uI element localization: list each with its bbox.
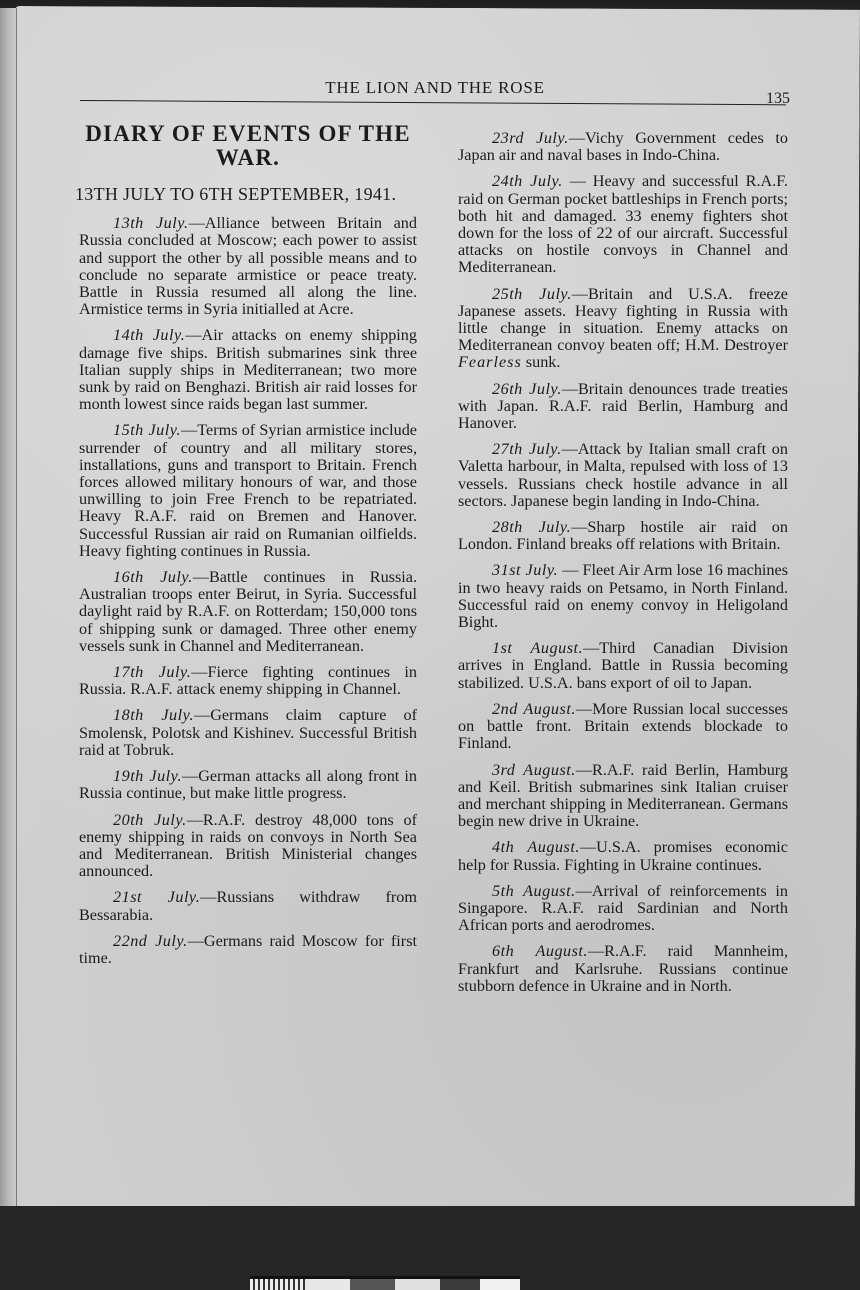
entry-date: 27th July.: [492, 440, 562, 458]
entry-date: 4th August.: [492, 838, 580, 856]
calibration-patch: [395, 1279, 440, 1290]
diary-entry: 13th July.—Alliance between Britain and …: [79, 215, 417, 318]
diary-entry: 14th July.—Air attacks on enemy shipping…: [79, 327, 417, 413]
entry-date: 21st July.: [113, 888, 200, 906]
ruler-segment: [250, 1279, 305, 1290]
entry-date: 26th July.: [492, 380, 562, 398]
running-head: THE LION AND THE ROSE 135: [80, 74, 790, 114]
diary-entry: 21st July.—Russians withdraw from Bessar…: [79, 889, 417, 923]
entry-text: —Terms of Syrian armistice include surre…: [79, 421, 417, 559]
diary-entry: 2nd August.—More Russian local successes…: [458, 701, 788, 753]
entry-date: 22nd July.: [113, 932, 188, 950]
entry-date: 3rd August.: [492, 761, 576, 779]
entry-text-tail: sunk.: [522, 353, 561, 371]
article-title: DIARY OF EVENTS OF THE WAR.: [79, 122, 417, 170]
entry-date: 6th August.: [492, 942, 588, 960]
entry-date: 15th July.: [113, 421, 181, 439]
entry-date: 20th July.: [113, 811, 187, 829]
diary-entry: 31st July. — Fleet Air Arm lose 16 machi…: [458, 562, 788, 631]
diary-entry: 4th August.—U.S.A. promises economic hel…: [458, 839, 788, 873]
entry-date: 13th July.: [113, 214, 189, 232]
diary-entry: 5th August.—Arrival of reinforcements in…: [458, 883, 788, 935]
running-title: THE LION AND THE ROSE: [80, 78, 790, 98]
diary-entry: 6th August.—R.A.F. raid Mannheim, Frankf…: [458, 943, 788, 995]
page-stack-edge: [0, 8, 17, 1206]
entry-date: 2nd August.: [492, 700, 576, 718]
entry-date: 16th July.: [113, 568, 193, 586]
diary-entry: 19th July.—German attacks all along fron…: [79, 768, 417, 802]
calibration-patch: [480, 1279, 520, 1290]
diary-entry: 17th July.—Fierce fighting continues in …: [79, 664, 417, 698]
entry-date: 28th July.: [492, 518, 571, 536]
left-column: DIARY OF EVENTS OF THE WAR. 13TH JULY TO…: [79, 118, 417, 976]
diary-entry: 15th July.—Terms of Syrian armistice inc…: [79, 422, 417, 560]
entry-date: 25th July.: [492, 285, 572, 303]
entry-date: 17th July.: [113, 663, 191, 681]
diary-entry: 25th July.—Britain and U.S.A. freeze Jap…: [458, 286, 788, 372]
header-rule: [80, 100, 786, 105]
diary-entry: 1st August.—Third Canadian Division arri…: [458, 640, 788, 692]
calibration-patch: [440, 1279, 480, 1290]
diary-entry: 24th July. — Heavy and successful R.A.F.…: [458, 173, 788, 276]
right-entries: 23rd July.—Vichy Government cedes to Jap…: [458, 130, 788, 995]
left-entries: 13th July.—Alliance between Britain and …: [79, 215, 417, 967]
diary-entry: 18th July.—Germans claim capture of Smol…: [79, 707, 417, 759]
diary-entry: 26th July.—Britain denounces trade treat…: [458, 381, 788, 433]
diary-entry: 16th July.—Battle continues in Russia. A…: [79, 569, 417, 655]
diary-entry: 3rd August.—R.A.F. raid Berlin, Hamburg …: [458, 762, 788, 831]
diary-entry: 23rd July.—Vichy Government cedes to Jap…: [458, 130, 788, 164]
entry-date: 23rd July.: [492, 129, 569, 147]
entry-date: 5th August.: [492, 882, 576, 900]
entry-date: 14th July.: [113, 326, 185, 344]
calibration-patch: [350, 1279, 395, 1290]
ship-name: Fearless: [458, 353, 522, 371]
diary-entry: 28th July.—Sharp hostile air raid on Lon…: [458, 519, 788, 553]
date-range: 13TH JULY TO 6TH SEPTEMBER, 1941.: [75, 186, 417, 203]
right-column: 23rd July.—Vichy Government cedes to Jap…: [458, 130, 788, 1004]
scan-calibration-bar: [250, 1276, 520, 1290]
diary-entry: 27th July.—Attack by Italian small craft…: [458, 441, 788, 510]
entry-date: 1st August.: [492, 639, 583, 657]
entry-date: 18th July.: [113, 706, 194, 724]
calibration-patch: [305, 1279, 350, 1290]
page-number: 135: [766, 90, 790, 108]
entry-date: 24th July.: [492, 172, 563, 190]
diary-entry: 22nd July.—Germans raid Moscow for first…: [79, 933, 417, 967]
entry-date: 31st July.: [492, 561, 558, 579]
diary-entry: 20th July.—R.A.F. destroy 48,000 tons of…: [79, 812, 417, 881]
entry-date: 19th July.: [113, 767, 182, 785]
